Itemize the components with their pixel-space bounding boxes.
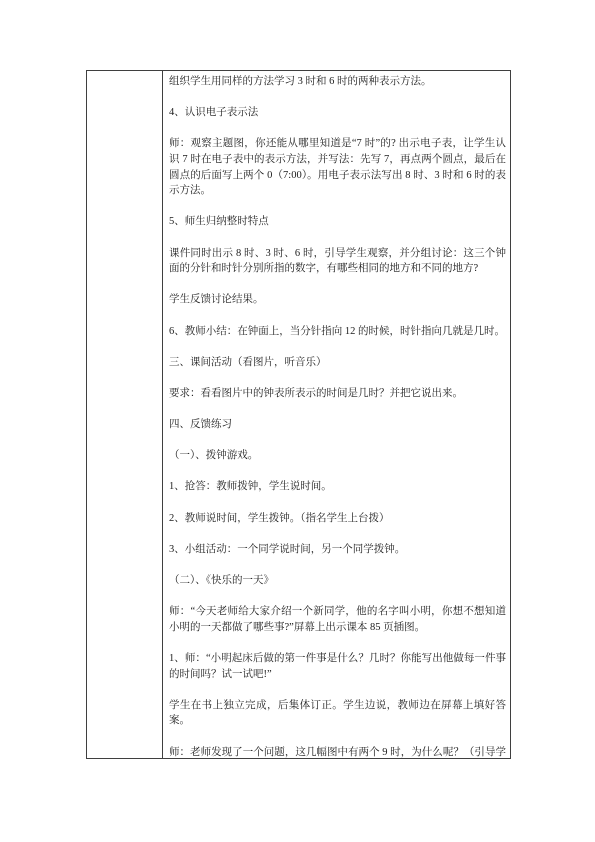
lesson-paragraph: 1、抢答：教师拨钟，学生说时间。 [169, 479, 506, 495]
lesson-paragraph: 三、课间活动（看图片，听音乐） [169, 355, 506, 371]
lesson-paragraph: 师：“今天老师给大家介绍一个新同学，他的名字叫小明，你想不想知道小明的一天都做了… [169, 604, 506, 635]
lesson-paragraph: 1、师：“小明起床后做的第一件事是什么？几时？你能写出他做每一件事的时间吗？试一… [169, 651, 506, 682]
lesson-paragraph: 课件同时出示 8 时、3 时、6 时，引导学生观察，并分组讨论：这三个钟面的分针… [169, 246, 506, 277]
lesson-paragraph: （二）、《快乐的一天》 [169, 573, 506, 589]
lesson-paragraph: 四、反馈练习 [169, 417, 506, 433]
lesson-paragraph: 4、认识电子表示法 [169, 105, 506, 121]
lesson-paragraph: 师：老师发现了一个问题，这几幅图中有两个 9 时，为什么呢？（引导学生发现：上午… [169, 745, 506, 758]
lesson-paragraph: 学生反馈讨论结果。 [169, 292, 506, 308]
lesson-paragraph: 6、教师小结：在钟面上，当分针指向 12 的时候，时针指向几就是几时。 [169, 324, 506, 340]
table-content-cell: 组织学生用同样的方法学习 3 时和 6 时的两种表示方法。4、认识电子表示法师：… [163, 71, 510, 758]
lesson-paragraph: 5、师生归纳整时特点 [169, 214, 506, 230]
lesson-paragraph: 组织学生用同样的方法学习 3 时和 6 时的两种表示方法。 [169, 74, 506, 90]
lesson-paragraph: 3、小组活动：一个同学说时间，另一个同学拨钟。 [169, 542, 506, 558]
lesson-paragraph: 2、教师说时间，学生拨钟。（指名学生上台拨） [169, 511, 506, 527]
lesson-paragraph: （一）、拨钟游戏。 [169, 448, 506, 464]
lesson-paragraph: 要求：看看图片中的钟表所表示的时间是几时？并把它说出来。 [169, 386, 506, 402]
lesson-plan-table: 组织学生用同样的方法学习 3 时和 6 时的两种表示方法。4、认识电子表示法师：… [86, 70, 511, 759]
document-page: 组织学生用同样的方法学习 3 时和 6 时的两种表示方法。4、认识电子表示法师：… [0, 0, 595, 842]
paragraph-list: 组织学生用同样的方法学习 3 时和 6 时的两种表示方法。4、认识电子表示法师：… [169, 74, 506, 758]
table-left-cell [87, 71, 163, 758]
lesson-paragraph: 学生在书上独立完成，后集体订正。学生边说，教师边在屏幕上填好答案。 [169, 698, 506, 729]
lesson-paragraph: 师：观察主题图，你还能从哪里知道是“7 时”的? 出示电子表，让学生认识 7 时… [169, 136, 506, 198]
